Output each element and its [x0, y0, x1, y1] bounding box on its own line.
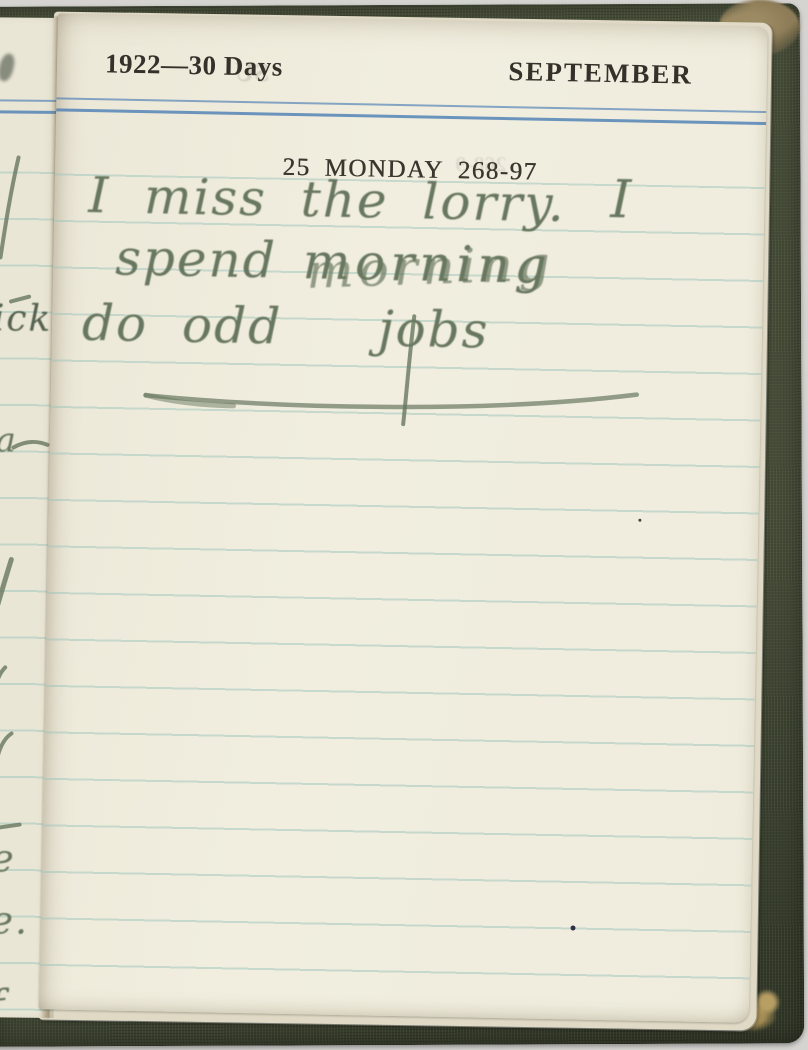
- handwriting-line-1: I miss the lorry.: [88, 166, 566, 233]
- page-header: 1922—30 Days SEPTEMBER: [105, 48, 693, 90]
- handwriting-fragment: e: [0, 839, 16, 877]
- handwriting-stroke: [11, 437, 51, 455]
- overwritten-word: morningmorning: [302, 232, 552, 295]
- handwriting-underline: [128, 307, 670, 447]
- ink-speck: [570, 925, 575, 930]
- showthrough-text: SU: [235, 57, 270, 88]
- handwriting-line-1-end: I: [610, 170, 634, 230]
- handwriting-stroke: [0, 821, 24, 831]
- worn-corner-spot: [754, 989, 780, 1015]
- handwriting-stroke: [0, 555, 16, 617]
- handwriting-stroke: [0, 151, 25, 265]
- handwriting-line-2: spendmorningmorning: [115, 229, 552, 295]
- handwriting-smudge: [0, 52, 17, 83]
- handwriting-overwrite: morning: [306, 236, 557, 299]
- handwriting-fragment: ick: [0, 301, 53, 338]
- handwriting-stroke: [0, 729, 15, 783]
- handwriting-stroke: [0, 663, 9, 691]
- ink-speck: [638, 519, 641, 522]
- diary-scan: ick a e e. f 1922—30 Days SEPTEMBER SU: [0, 0, 808, 1050]
- page-header-month: SEPTEMBER: [508, 56, 693, 91]
- handwriting-text: spend: [115, 229, 278, 290]
- diary-page: 1922—30 Days SEPTEMBER SU 268-9 25MONDAY…: [39, 13, 768, 1022]
- handwriting-fragment: e.: [0, 901, 29, 939]
- handwriting-text: I miss the lorry.: [88, 166, 566, 233]
- handwriting-text: I: [610, 170, 634, 230]
